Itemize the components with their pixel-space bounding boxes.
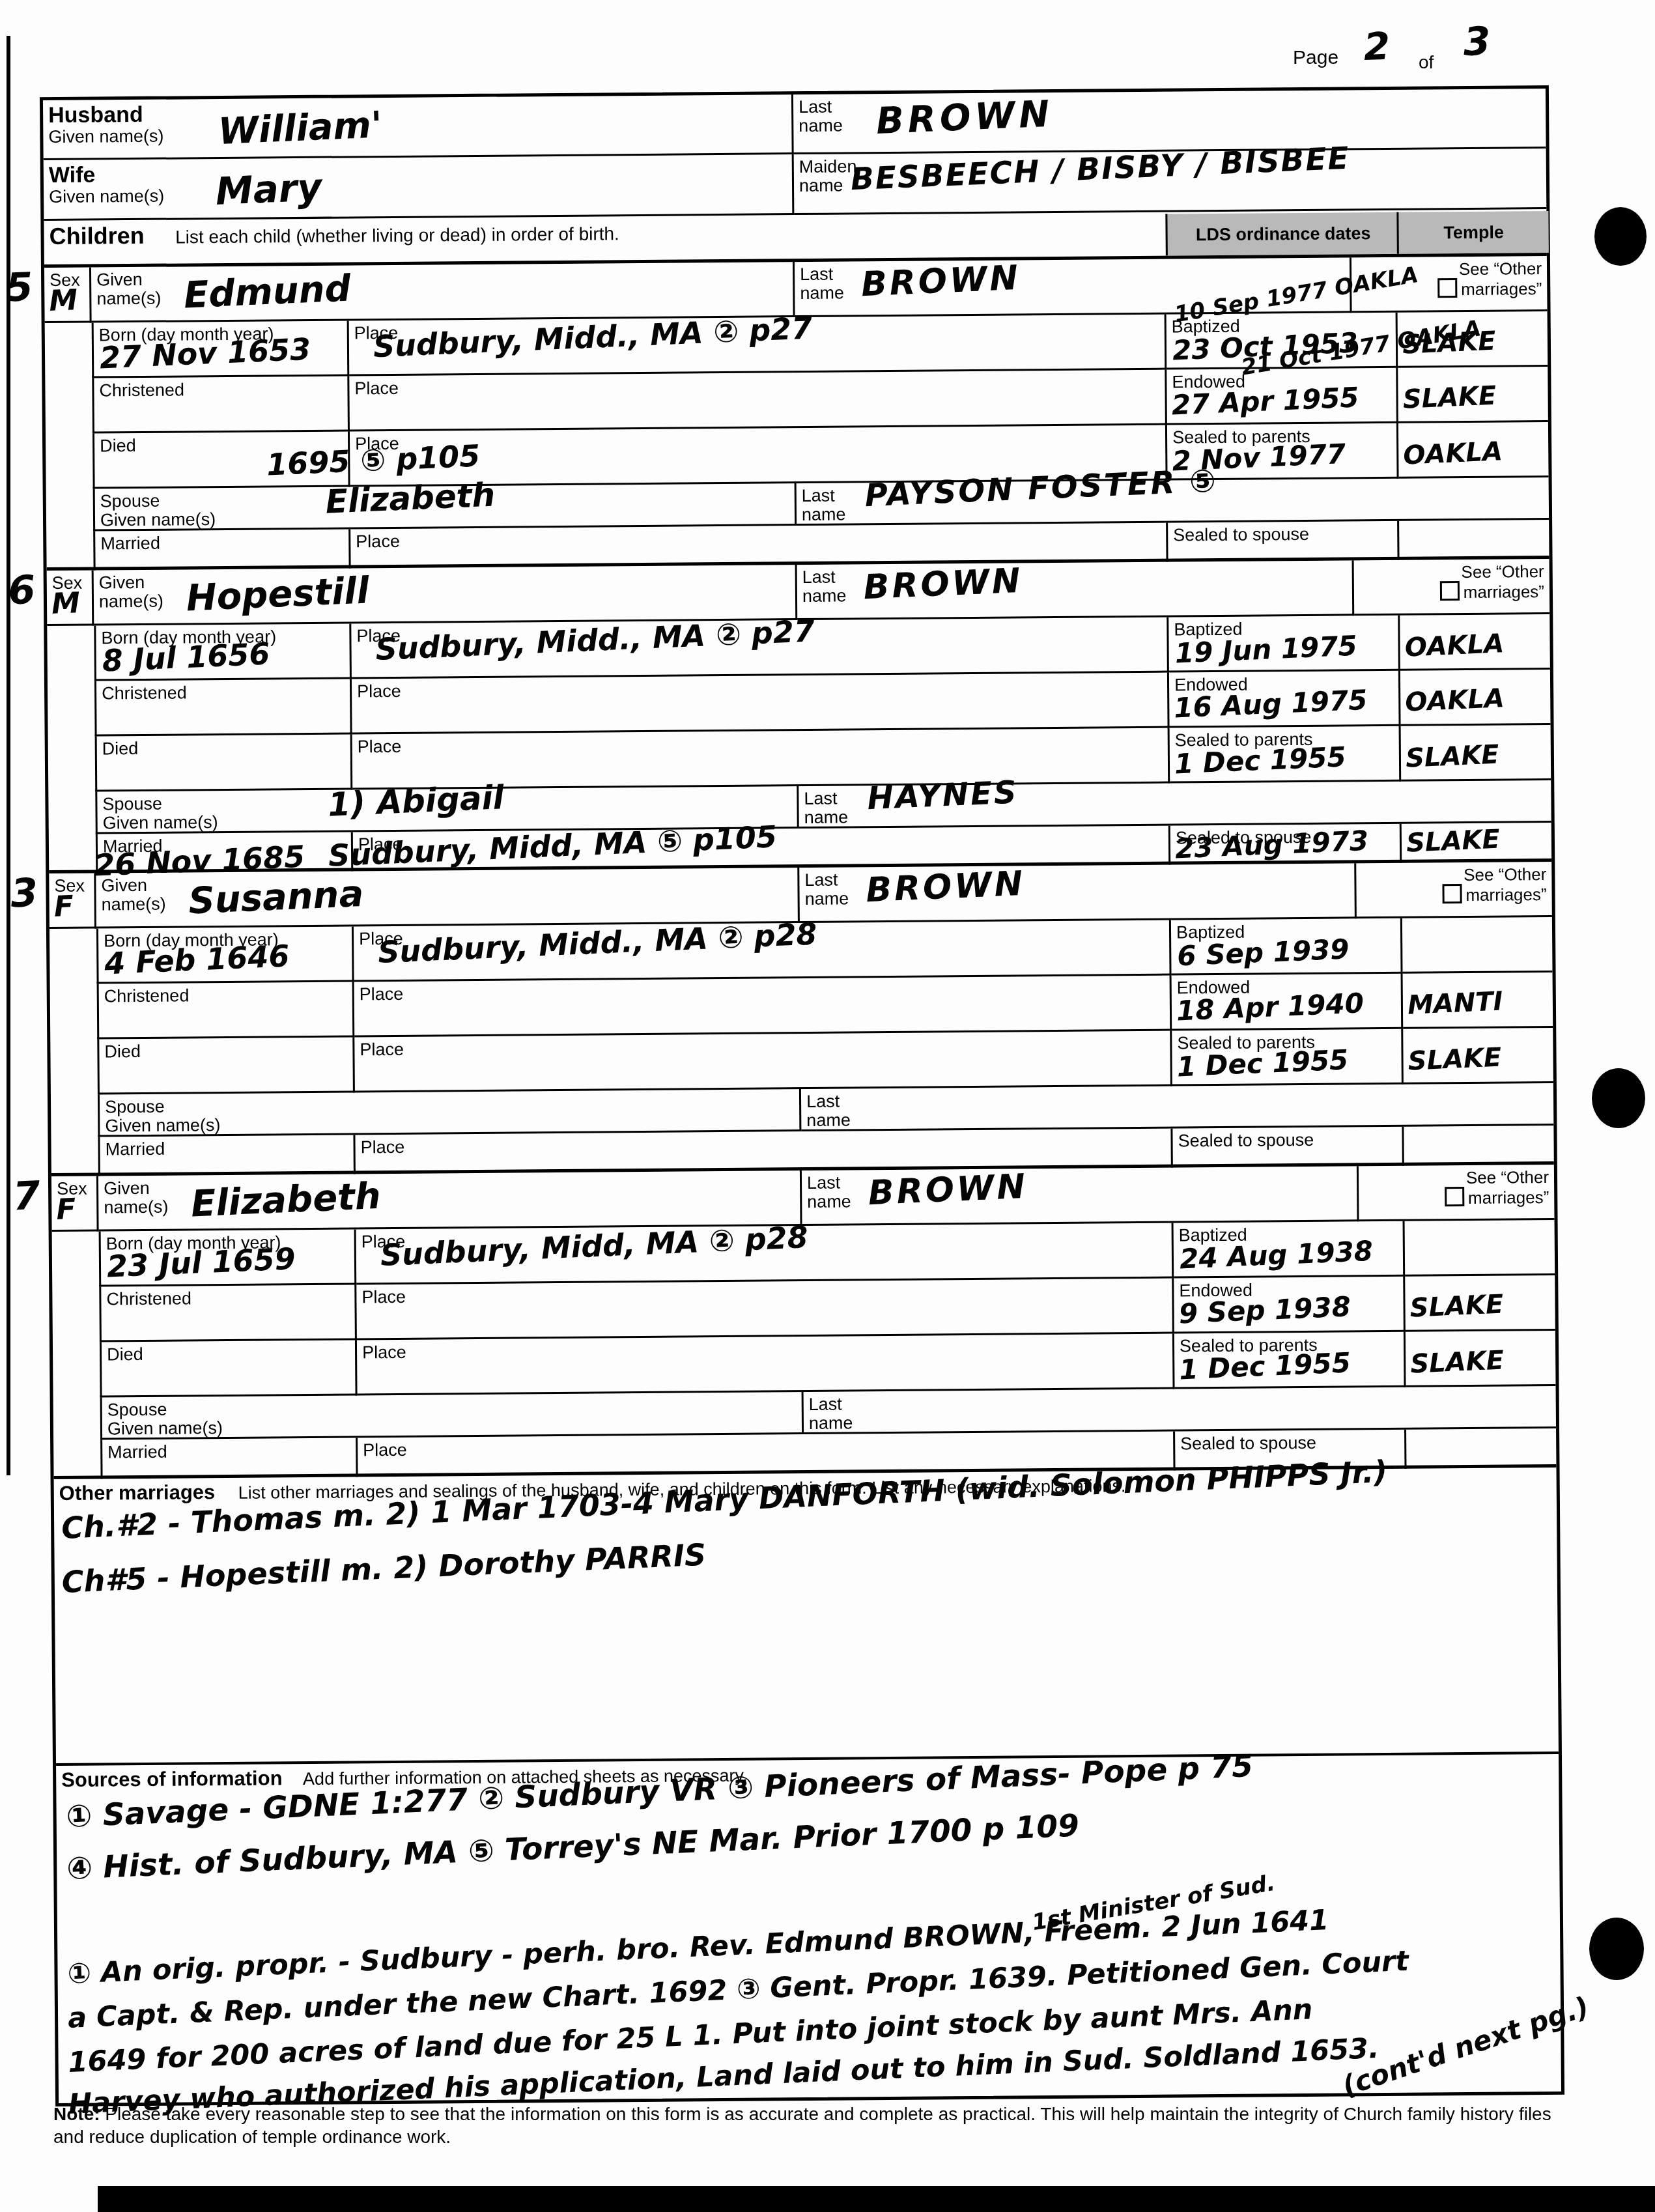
- christened-place-cell: Place: [356, 1279, 1174, 1340]
- christened-place-cell: Place: [354, 976, 1172, 1038]
- footer-note: Note: Please take every reasonable step …: [53, 2103, 1551, 2148]
- see-other-line1: See “Other: [1359, 562, 1544, 582]
- scan-bottom-bar: [98, 2186, 1655, 2212]
- husband-last-value[interactable]: BROWN: [875, 92, 1054, 143]
- see-other-line2: marriages”: [1464, 582, 1544, 602]
- christened-cell: Christened: [92, 376, 350, 433]
- christened-label: Christened: [106, 1288, 191, 1309]
- see-other-marriages-cell: See “Other marriages”: [1354, 559, 1550, 616]
- spouse-last-name-cell: Last name: [804, 1386, 1556, 1434]
- page-total-value: 3: [1463, 19, 1492, 65]
- christened-label: Christened: [104, 985, 190, 1006]
- last-name-value[interactable]: BROWN: [860, 259, 1021, 304]
- died-label: Died: [107, 1344, 143, 1364]
- last-name-value[interactable]: BROWN: [865, 864, 1026, 910]
- married-cell: Married: [93, 529, 350, 570]
- endowed-temple-value[interactable]: OAKLA: [1405, 683, 1505, 717]
- see-other-marriages-cell: See “Other marriages”: [1356, 862, 1552, 918]
- family-group-record-form: Husband Given name(s) Last name William'…: [40, 85, 1564, 2106]
- sex-value[interactable]: F: [53, 890, 74, 924]
- place-label: Place: [363, 1440, 407, 1460]
- sealed-parents-temple-value[interactable]: OAKLA: [1403, 436, 1503, 470]
- given-name-value[interactable]: Susanna: [188, 873, 364, 922]
- died-cell: Died: [97, 1037, 355, 1094]
- sex-value[interactable]: M: [48, 283, 78, 318]
- sealed-spouse-temple-cell: [1406, 1428, 1556, 1469]
- husband-cell: Husband Given name(s): [43, 94, 794, 160]
- footer-note-label: Note:: [53, 2104, 100, 2124]
- married-label: Married: [100, 533, 160, 554]
- christened-place-cell: Place: [352, 673, 1170, 735]
- christened-cell: Christened: [97, 982, 355, 1039]
- sealed-spouse-temple-cell: [1399, 520, 1549, 560]
- child-number: 6: [7, 567, 36, 614]
- place-label: Place: [360, 984, 404, 1004]
- sealed-spouse-temple-cell: [1404, 1126, 1553, 1166]
- died-label: Died: [104, 1042, 141, 1061]
- spouse-given-value[interactable]: Elizabeth: [325, 476, 496, 521]
- endowed-temple-value[interactable]: SLAKE: [1402, 381, 1497, 415]
- born-value[interactable]: 8 Jul 1656: [102, 636, 271, 678]
- married-label: Married: [105, 1139, 165, 1159]
- temple-header: Temple: [1396, 211, 1548, 254]
- place-label: Place: [360, 1137, 404, 1157]
- see-other-marriages-cell: See “Other marriages”: [1359, 1165, 1555, 1221]
- given-name-value[interactable]: Hopestill: [185, 569, 370, 619]
- christened-place-cell: Place: [349, 370, 1167, 432]
- spouse-given-value[interactable]: 1) Abigail: [327, 778, 505, 824]
- died-cell: Died: [95, 734, 353, 791]
- died-place-cell: Place: [354, 1031, 1172, 1093]
- christened-label: Christened: [99, 380, 184, 400]
- baptized-temple-cell: [1405, 1220, 1555, 1277]
- spouse-last-value[interactable]: HAYNES: [866, 774, 1019, 817]
- spouse-last-name-cell: Last name: [801, 1083, 1553, 1131]
- lds-ordinance-dates-header: LDS ordinance dates: [1165, 212, 1398, 256]
- died-label: Died: [100, 436, 136, 455]
- sealed-parents-temple-value[interactable]: SLAKE: [1407, 1043, 1502, 1077]
- endowed-temple-value[interactable]: SLAKE: [1409, 1290, 1504, 1324]
- child-number: 3: [10, 870, 39, 917]
- scanned-family-group-record: Page 2 of 3 Husband Given name(s) Last n…: [0, 0, 1655, 2212]
- other-marriages-checkbox[interactable]: [1440, 581, 1460, 601]
- children-instructions: List each child (whether living or dead)…: [175, 223, 619, 247]
- hole-punch-bottom: [1589, 1918, 1644, 1980]
- died-label: Died: [102, 739, 139, 758]
- given-name-value[interactable]: Elizabeth: [190, 1175, 382, 1225]
- sex-value[interactable]: M: [51, 586, 81, 621]
- spouse-cell: Spouse Given name(s): [100, 1392, 804, 1439]
- place-label: Place: [356, 532, 400, 552]
- sealed-to-spouse-label: Sealed to spouse: [1180, 1433, 1316, 1454]
- baptized-temple-cell: [1402, 917, 1553, 974]
- other-marriages-checkbox[interactable]: [1442, 884, 1462, 903]
- see-other-line1: See “Other: [1361, 865, 1546, 885]
- other-marriages-label: Other marriages: [59, 1481, 216, 1505]
- child-record-block: 7 Sex Given name(s) Last name See “Other…: [51, 1161, 1557, 1476]
- child-record-block: 3 Sex Given name(s) Last name See “Other…: [49, 858, 1554, 1173]
- last-name-value[interactable]: BROWN: [863, 561, 1024, 607]
- place-label: Place: [360, 1040, 404, 1060]
- place-label: Place: [354, 378, 399, 399]
- see-other-line2: marriages”: [1465, 885, 1546, 905]
- sealed-to-spouse-label: Sealed to spouse: [1173, 524, 1309, 545]
- married-cell: Married: [100, 1438, 358, 1479]
- married-cell: Married: [98, 1135, 355, 1176]
- child-record-block: 6 Sex Given name(s) Last name See “Other…: [47, 556, 1552, 870]
- endowed-temple-value[interactable]: MANTI: [1407, 986, 1503, 1020]
- christened-cell: Christened: [94, 679, 352, 736]
- married-label: Married: [107, 1442, 167, 1462]
- spouse-cell: Spouse Given name(s): [98, 1089, 801, 1137]
- other-marriages-checkbox[interactable]: [1437, 278, 1457, 298]
- place-label: Place: [361, 1287, 406, 1307]
- christened-cell: Christened: [99, 1284, 357, 1342]
- place-label: Place: [357, 681, 401, 702]
- see-other-line2: marriages”: [1468, 1187, 1549, 1208]
- hole-punch-top: [1594, 207, 1647, 266]
- sex-value[interactable]: F: [55, 1193, 76, 1227]
- sealed-parents-temple-value[interactable]: SLAKE: [1405, 740, 1499, 774]
- sealed-to-spouse-cell: Sealed to spouse: [1168, 521, 1399, 562]
- baptized-temple-value[interactable]: OAKLA: [1404, 629, 1505, 662]
- place-label: Place: [358, 737, 402, 757]
- sealed-to-spouse-label: Sealed to spouse: [1178, 1130, 1314, 1151]
- see-other-line1: See “Other: [1364, 1168, 1549, 1187]
- given-name-value[interactable]: Edmund: [183, 268, 352, 317]
- see-other-line2: marriages”: [1461, 279, 1542, 299]
- died-cell: Died: [100, 1340, 358, 1397]
- page-of-label: of: [1419, 52, 1434, 73]
- place-label: Place: [362, 1342, 406, 1363]
- page-number-value: 2: [1363, 24, 1391, 69]
- child-number: 5: [5, 264, 35, 311]
- sealed-parents-temple-value[interactable]: SLAKE: [1409, 1346, 1504, 1380]
- sealed-spouse-temple-value[interactable]: SLAKE: [1406, 825, 1500, 858]
- wife-given-value[interactable]: Mary: [214, 165, 322, 214]
- died-place-cell: Place: [357, 1334, 1175, 1396]
- scan-edge-line: [7, 36, 10, 1475]
- sources-label: Sources of information: [61, 1766, 283, 1791]
- hole-punch-middle: [1592, 1068, 1645, 1128]
- christened-label: Christened: [102, 683, 187, 703]
- page-label: Page: [1293, 47, 1338, 69]
- sealed-to-spouse-cell: Sealed to spouse: [1172, 1127, 1404, 1168]
- husband-given-value[interactable]: William': [218, 104, 383, 153]
- child-number: 7: [12, 1173, 41, 1220]
- last-name-value[interactable]: BROWN: [868, 1167, 1028, 1213]
- wife-cell: Wife Given name(s): [44, 154, 795, 221]
- children-label: Children: [49, 222, 144, 249]
- other-marriages-checkbox[interactable]: [1445, 1187, 1464, 1206]
- child-record-block: 5 Sex Given name(s) Last name See “Other…: [44, 253, 1549, 567]
- footer-note-text: Please take every reasonable step to see…: [53, 2104, 1551, 2147]
